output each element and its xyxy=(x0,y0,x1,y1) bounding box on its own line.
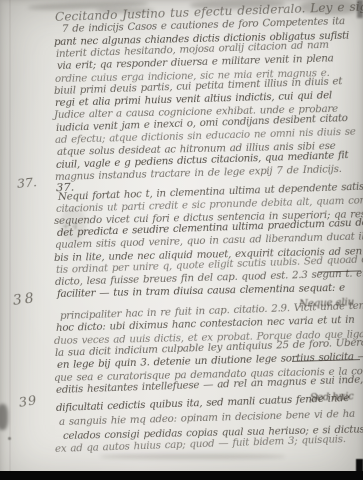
ink-showthrough-smudge xyxy=(100,454,285,459)
margin-number-37: 37. xyxy=(16,174,37,191)
catchword-section-39: Sed huic xyxy=(310,390,354,404)
manuscript-page: + 4 37. 38 39 37. Cecitando Justino tus … xyxy=(0,0,363,480)
ink-dot xyxy=(8,437,11,440)
scan-fold-line xyxy=(9,0,11,480)
left-edge-ink-blob xyxy=(0,404,8,430)
scan-black-bar xyxy=(0,471,363,480)
catchword-section-38: Neque aliu xyxy=(299,296,354,310)
margin-number-39: 39 xyxy=(18,393,39,411)
margin-number-38: 38 xyxy=(12,290,38,309)
